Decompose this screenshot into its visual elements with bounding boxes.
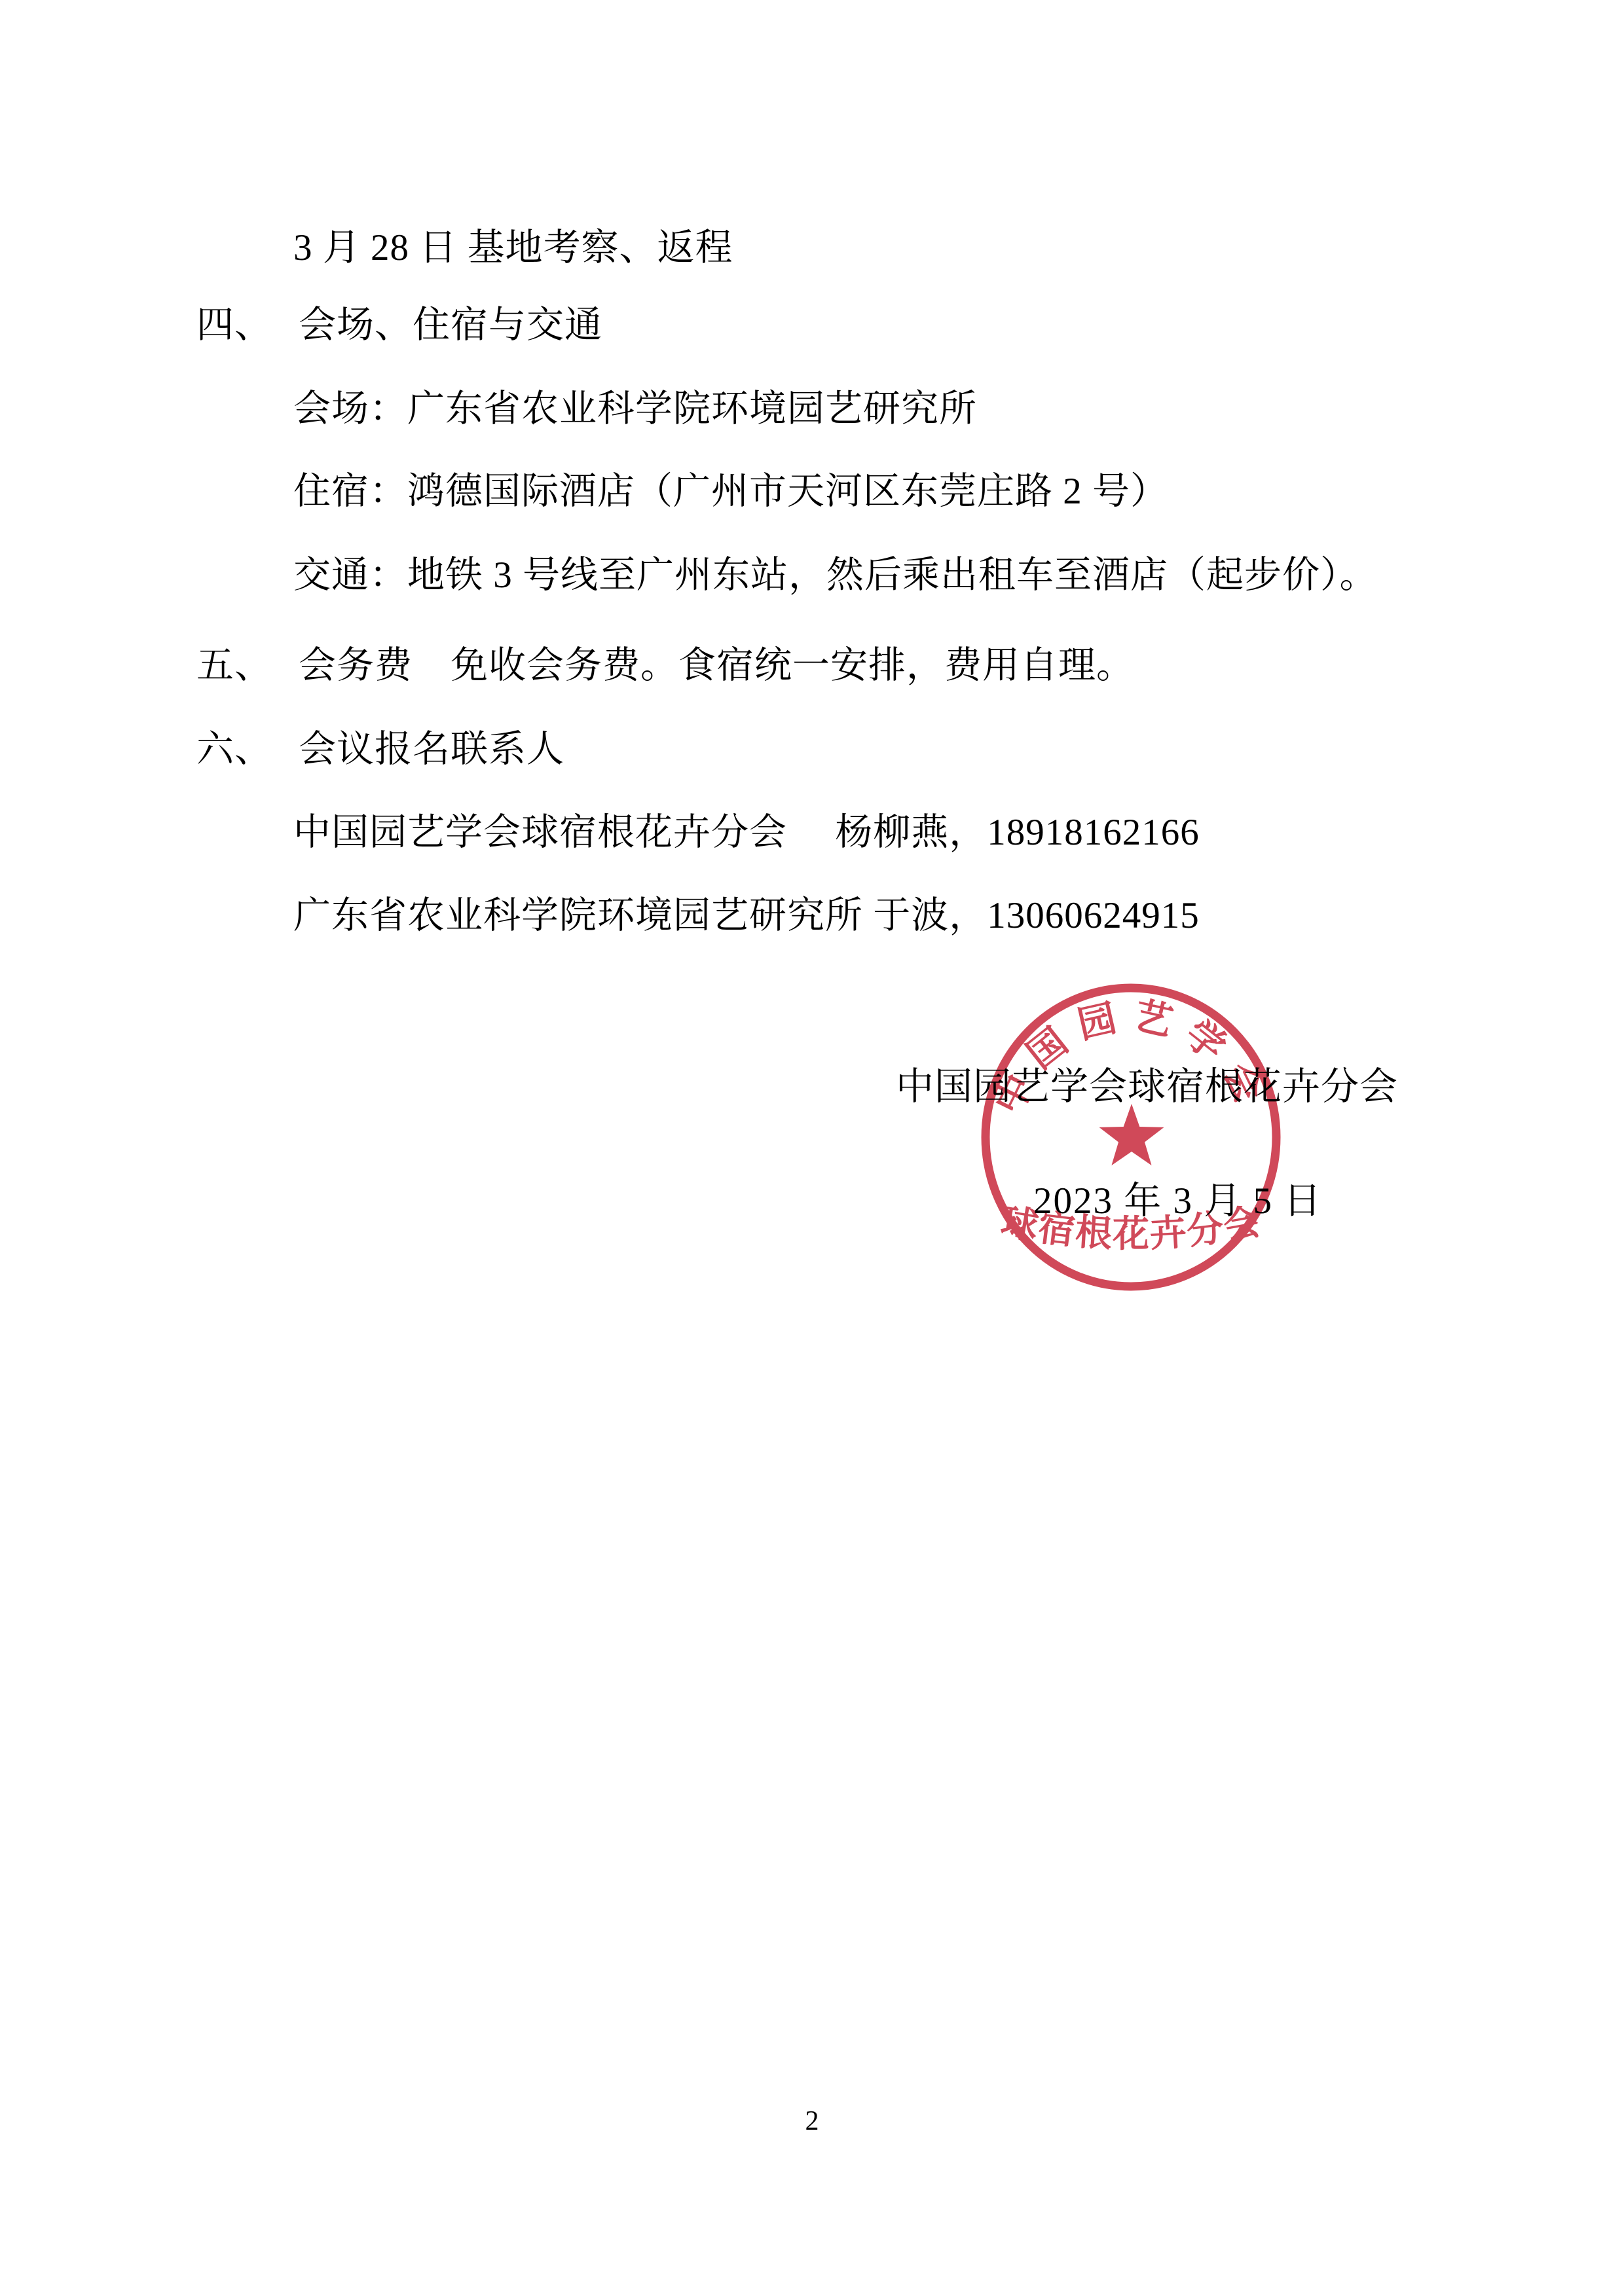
section-number: 六、 [196, 728, 299, 771]
official-seal-stamp: 中国园艺学会 球宿根花卉分会 [977, 981, 1285, 1296]
line-text: 会场：广东省农业科学院环境园艺研究所 [293, 388, 977, 429]
body-line: 会场：广东省农业科学院环境园艺研究所 [293, 388, 977, 431]
section-heading: 六、会议报名联系人 [196, 728, 564, 771]
section-title: 会场、住宿与交通 [299, 304, 602, 346]
section-number: 五、 [196, 644, 299, 687]
section-heading: 四、会场、住宿与交通 [196, 304, 602, 347]
contact-line: 广东省农业科学院环境园艺研究所 于波，13060624915 [293, 894, 1200, 938]
signature-date: 2023 年 3 月 5 日 [1033, 1171, 1322, 1224]
body-line: 住宿：鸿德国际酒店（广州市天河区东莞庄路 2 号） [293, 470, 1168, 513]
line-text: 中国园艺学会球宿根花卉分会 杨柳燕，18918162166 [293, 812, 1200, 853]
contact-line: 中国园艺学会球宿根花卉分会 杨柳燕，18918162166 [293, 811, 1200, 854]
page-number: 2 [0, 2105, 1624, 2137]
line-text: 3 月 28 日 基地考察、返程 [293, 227, 733, 268]
section-heading: 五、会务费 免收会务费。食宿统一安排，费用自理。 [196, 644, 1134, 687]
body-line: 交通：地铁 3 号线至广州东站，然后乘出租车至酒店（起步价）。 [293, 554, 1378, 597]
line-text: 广东省农业科学院环境园艺研究所 于波，13060624915 [293, 895, 1200, 936]
section-title: 会议报名联系人 [299, 729, 564, 770]
body-line: 3 月 28 日 基地考察、返程 [293, 227, 733, 270]
star-icon [1099, 1104, 1164, 1165]
document-page: 3 月 28 日 基地考察、返程 四、会场、住宿与交通 会场：广东省农业科学院环… [0, 0, 1624, 2296]
section-number: 四、 [196, 304, 299, 347]
line-text: 住宿：鸿德国际酒店（广州市天河区东莞庄路 2 号） [293, 471, 1168, 512]
section-title: 会务费 免收会务费。食宿统一安排，费用自理。 [299, 645, 1134, 686]
line-text: 交通：地铁 3 号线至广州东站，然后乘出租车至酒店（起步价）。 [293, 555, 1378, 596]
signature-organization: 中国园艺学会球宿根花卉分会 [896, 1055, 1398, 1110]
